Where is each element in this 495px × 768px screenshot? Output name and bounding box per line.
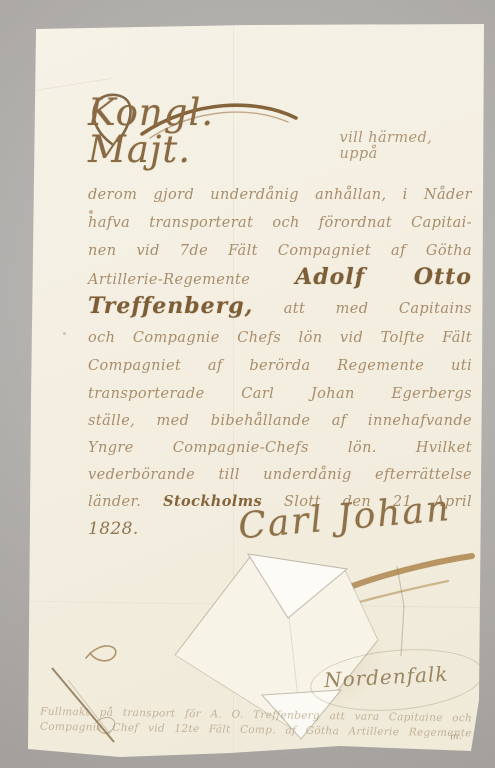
handwritten-text: ställe, med bibehållande af innehafvande [88, 413, 472, 429]
handwritten-text: länder. [88, 494, 163, 510]
heading-tail-text: vill härmed, uppå [340, 130, 472, 162]
heading-kongl-majt: Kongl. Majt. [88, 94, 340, 168]
handwritten-text: derom gjord underdånig anhållan, i Nåder [88, 187, 472, 203]
foxing-spot [63, 332, 66, 335]
manuscript-line: ställe, med bibehållande af innehafvande [88, 410, 472, 432]
manuscript-line: transporterade Carl Johan Egerbergs [88, 383, 472, 405]
handwritten-text: Compagniet af berörda Regemente uti [88, 358, 472, 374]
handwritten-text: 1828. [88, 519, 139, 539]
manuscript-line: derom gjord underdånig anhållan, i Nåder [88, 184, 472, 206]
manuscript-line: vederbörande till underdånig efterrättel… [88, 464, 472, 486]
heading-row: Kongl. Majt. vill härmed, uppå [88, 106, 472, 168]
handwritten-text: Artillerie-Regemente [88, 272, 295, 288]
handwritten-text: hafva transporterat och förordnat Capita… [88, 215, 472, 231]
handwritten-text: nen vid 7de Fält Compagniet af Götha [88, 243, 472, 259]
manuscript-line: hafva transporterat och förordnat Capita… [88, 212, 472, 234]
handwritten-text: och Compagnie Chefs lön vid Tolfte Fält [88, 330, 472, 346]
handwritten-text: transporterade Carl Johan Egerbergs [88, 386, 472, 402]
photo-backdrop: Kongl. Majt. vill härmed, uppå derom gjo… [0, 0, 495, 768]
manuscript-line: nen vid 7de Fält Compagniet af Götha [88, 240, 472, 262]
name-treffenberg: Treffenberg, [88, 293, 253, 319]
manuscript-line: Yngre Compagnie-Chefs lön. Hvilket [88, 437, 472, 459]
manuscript-line: och Compagnie Chefs lön vid Tolfte Fält [88, 327, 472, 349]
manuscript-paper: Kongl. Majt. vill härmed, uppå derom gjo… [0, 0, 495, 768]
manuscript-line: Treffenberg, att med Capitains [88, 295, 472, 320]
manuscript-line: Compagniet af berörda Regemente uti [88, 355, 472, 377]
manuscript-line: Artillerie-Regemente Adolf Otto [88, 266, 472, 291]
seal-right-crease [397, 566, 404, 656]
handwritten-text: Yngre Compagnie-Chefs lön. Hvilket [88, 440, 472, 456]
handwritten-text: att med Capitains [253, 301, 472, 317]
handwritten-text: vederbörande till underdånig efterrättel… [88, 467, 472, 483]
docket-corner-mark: m. [450, 731, 462, 742]
foxing-spot [13, 632, 18, 638]
name-adolf-otto: Adolf Otto [295, 264, 472, 290]
